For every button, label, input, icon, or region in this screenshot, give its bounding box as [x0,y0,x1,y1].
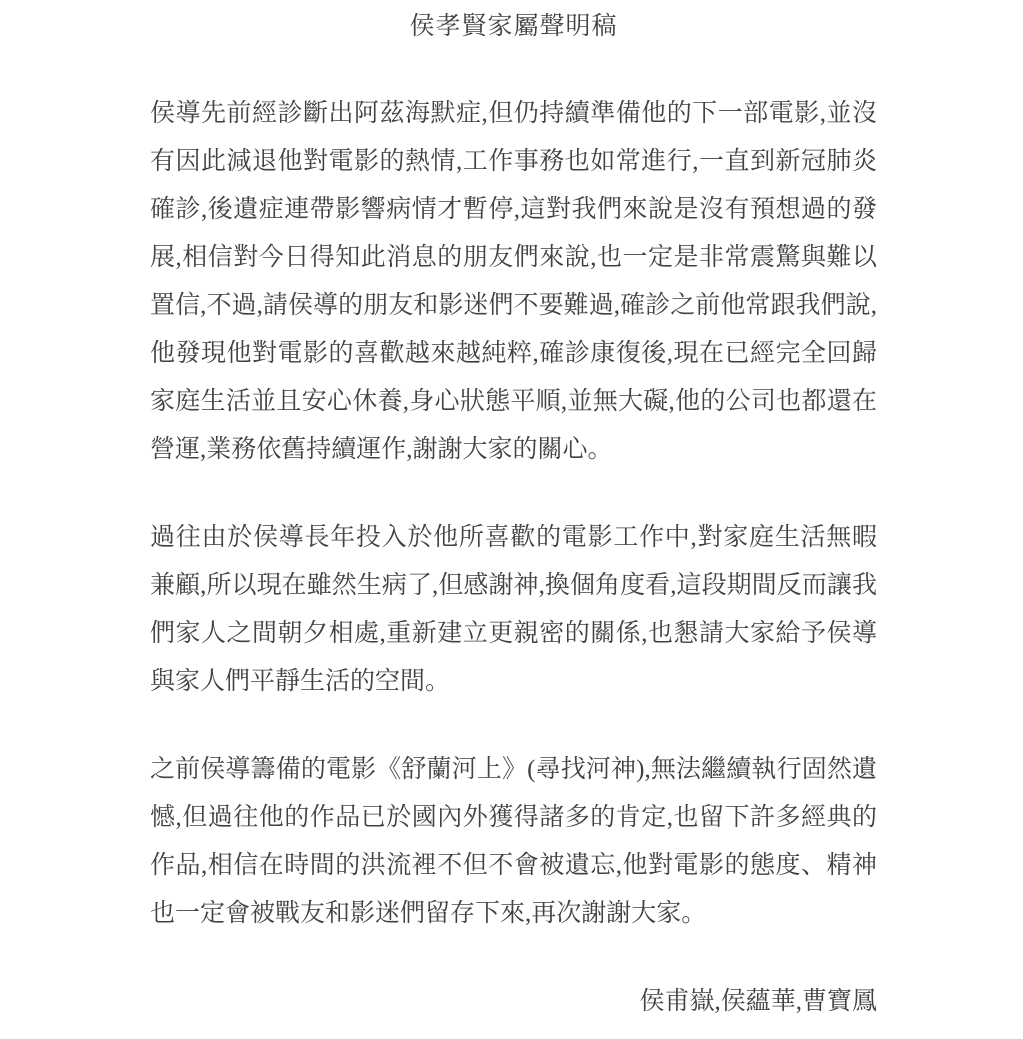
statement-document: 侯孝賢家屬聲明稿 侯導先前經診斷出阿茲海默症,但仍持續準備他的下一部電影,並沒有… [0,0,1023,1039]
statement-paragraph-3: 之前侯導籌備的電影《舒蘭河上》(尋找河神),無法繼續執行固然遺憾,但過往他的作品… [150,746,877,938]
statement-paragraph-1: 侯導先前經診斷出阿茲海默症,但仍持續準備他的下一部電影,並沒有因此減退他對電影的… [150,90,877,474]
signature-line: 侯甫嶽,侯蘊華,曹寶鳳 [150,978,877,1026]
document-title: 侯孝賢家屬聲明稿 [150,8,877,46]
statement-paragraph-2: 過往由於侯導長年投入於他所喜歡的電影工作中,對家庭生活無暇兼顧,所以現在雖然生病… [150,514,877,706]
